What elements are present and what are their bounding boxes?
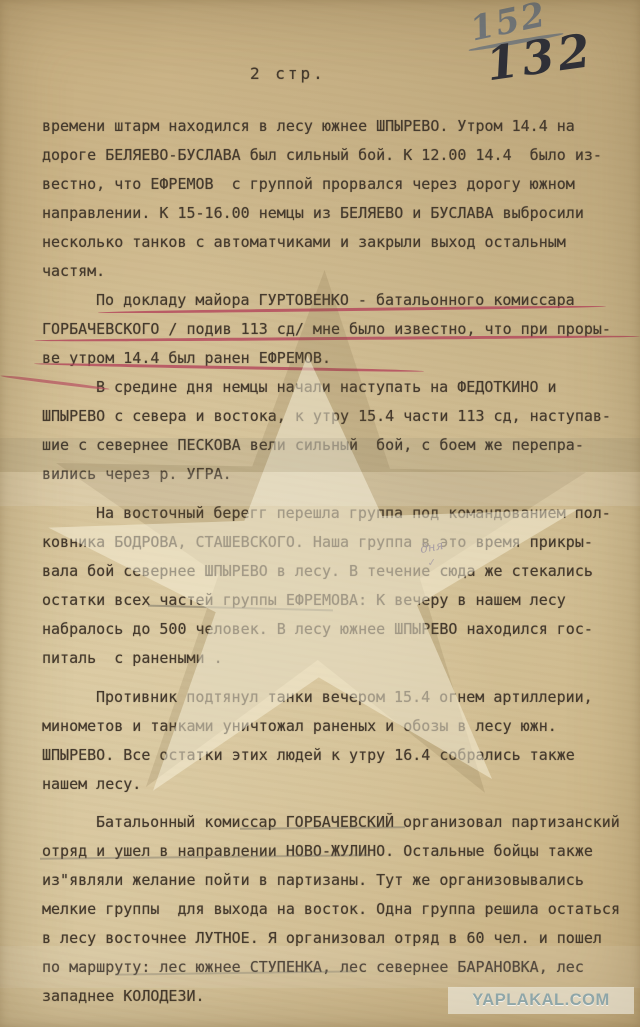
document-line: мелкие группы для выхода на восток. Одна… (42, 895, 622, 924)
document-line: частям. (42, 257, 622, 286)
paragraph: По докладу майора ГУРТОВЕНКО - батальонн… (42, 286, 622, 373)
document-line: из"являли желание пойти в партизаны. Тут… (42, 866, 622, 895)
page-number-label: 2 стр. (250, 64, 326, 83)
document-line: нашем лесу. (42, 770, 622, 799)
document-line: Батальонный комиссар ГОРБАЧЕВСКИЙ органи… (42, 808, 622, 837)
document-body: времени штарм находился в лесу южнее ШПЫ… (42, 112, 622, 1011)
site-watermark: YAPLAKAL.COM (448, 987, 634, 1014)
document-line: ШПЫРЕВО. Все остатки этих людей к утру 1… (42, 741, 622, 770)
document-line: вала бой севернее ШПЫРЕВО в лесу. В тече… (42, 557, 622, 586)
document-line: по маршруту: лес южнее СТУПЕНКА, лес сев… (42, 953, 622, 982)
paragraph: На восточный берегг перешла группа под к… (42, 499, 622, 673)
paragraph: Противник подтянул танки вечером 15.4 ог… (42, 683, 622, 799)
document-line: В средине дня немцы начали наступать на … (42, 373, 622, 402)
document-line: шие с севернее ПЕСКОВА вели сильный бой,… (42, 431, 622, 460)
insertion-caret-mark: ✓ (427, 555, 436, 570)
scanned-document-page: 2 стр. 152 132 времени штарм находился в… (0, 0, 640, 1027)
document-line: дороге БЕЛЯЕВО-БУСЛАВА был сильный бой. … (42, 141, 622, 170)
document-line: минометов и танками уничтожал раненых и … (42, 712, 622, 741)
paragraph: В средине дня немцы начали наступать на … (42, 373, 622, 489)
paragraph: Батальонный комиссар ГОРБАЧЕВСКИЙ органи… (42, 808, 622, 1011)
document-line: вились через р. УГРА. (42, 460, 622, 489)
paragraph: времени штарм находился в лесу южнее ШПЫ… (42, 112, 622, 286)
document-line: времени штарм находился в лесу южнее ШПЫ… (42, 112, 622, 141)
document-line: Противник подтянул танки вечером 15.4 ог… (42, 683, 622, 712)
document-line: питаль с ранеными . (42, 644, 622, 673)
document-line: набралось до 500 человек. В лесу южнее Ш… (42, 615, 622, 644)
document-line: ковника БОДРОВА, СТАШЕВСКОГО. Наша групп… (42, 528, 622, 557)
document-line: отряд и ушел в направлении НОВО-ЖУЛИНО. … (42, 837, 622, 866)
document-line: На восточный берегг перешла группа под к… (42, 499, 622, 528)
document-line: ШПЫРЕВО с севера и востока, к утру 15.4 … (42, 402, 622, 431)
document-line: в лесу восточнее ЛУТНОЕ. Я организовал о… (42, 924, 622, 953)
document-line: направлении. К 15-16.00 немцы из БЕЛЯЕВО… (42, 199, 622, 228)
site-watermark-label: YAPLAKAL.COM (472, 991, 609, 1010)
document-line: несколько танков с автоматчиками и закры… (42, 228, 622, 257)
document-line: вестно, что ЕФРЕМОВ с группой прорвался … (42, 170, 622, 199)
